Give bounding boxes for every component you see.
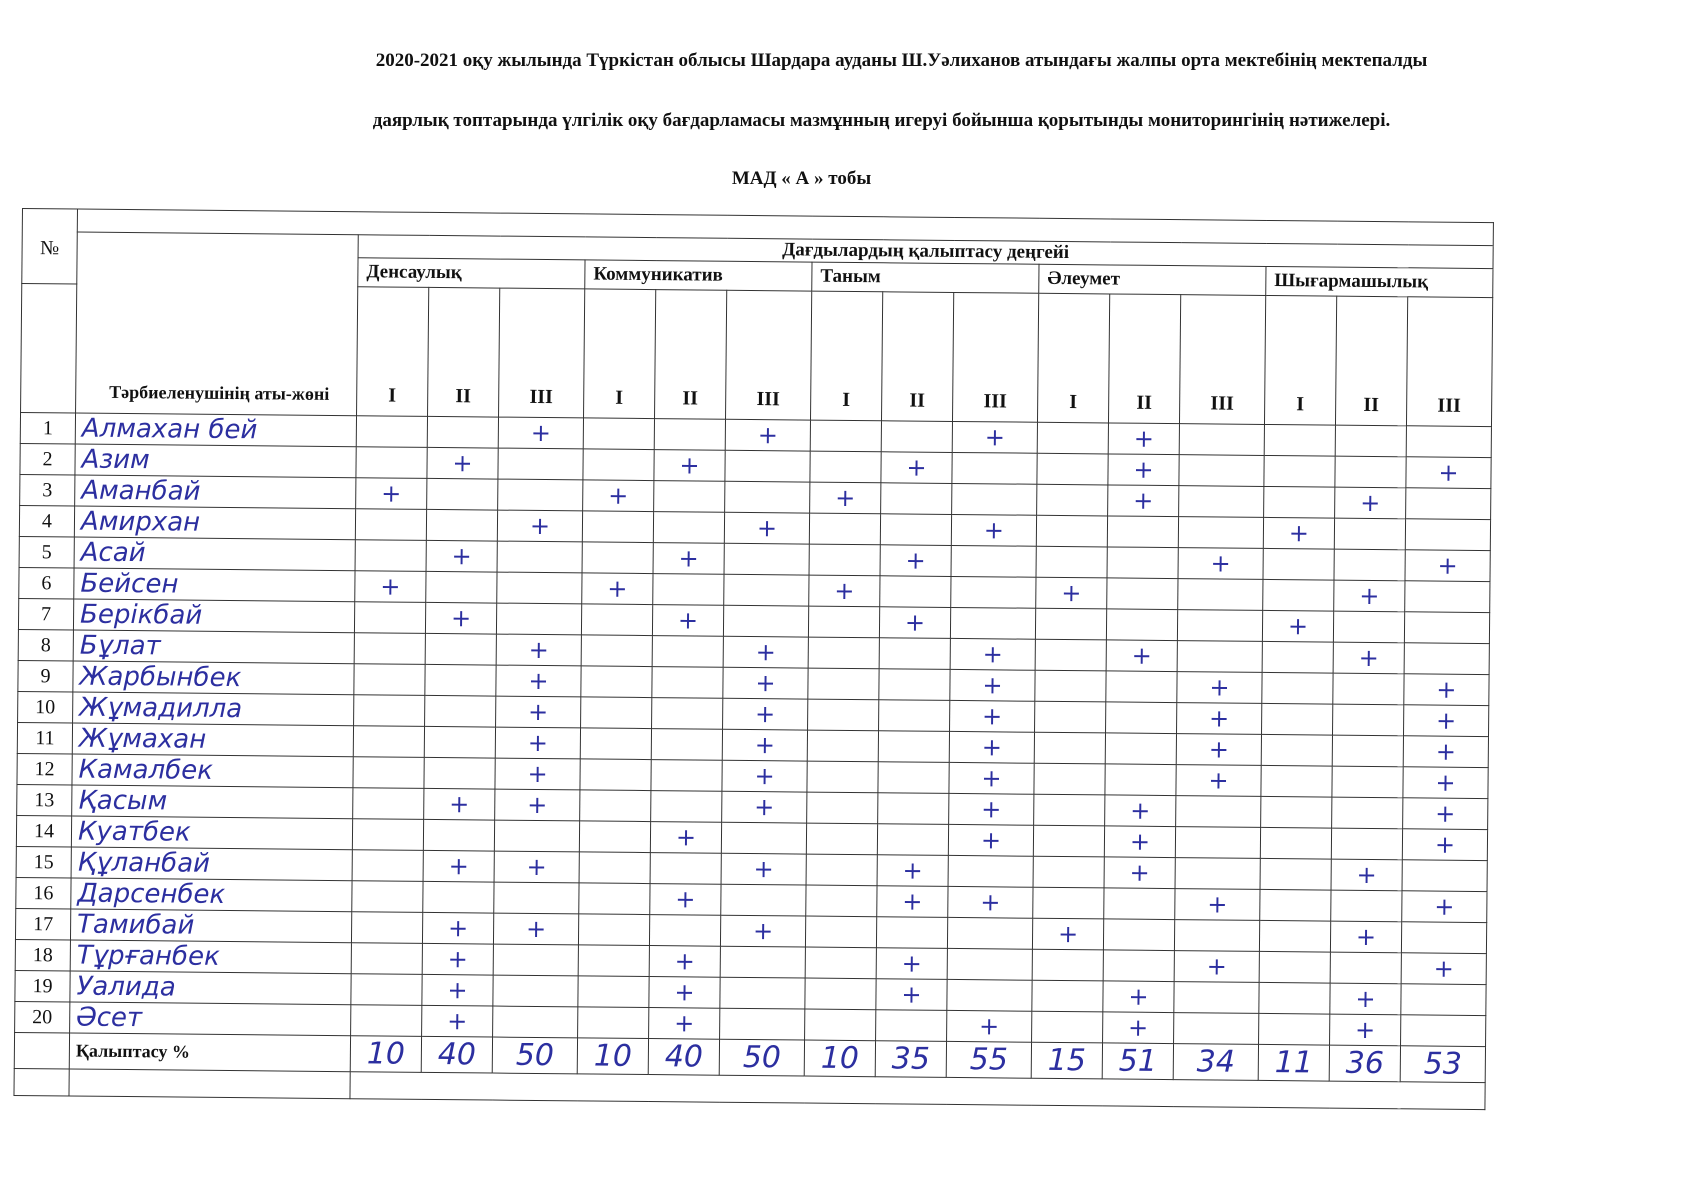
number-column-header: № [22, 209, 78, 285]
mark-cell [1034, 794, 1105, 826]
mark-cell [809, 513, 880, 545]
mark-cell: + [877, 855, 948, 887]
percentage-cell: 55 [946, 1041, 1031, 1078]
student-name: Асай [74, 537, 355, 571]
student-name: Азим [75, 444, 356, 478]
mark-cell: + [582, 573, 653, 605]
mark-cell: + [1401, 953, 1486, 985]
mark-cell [1259, 1013, 1330, 1045]
mark-cell: + [649, 1008, 720, 1040]
mark-cell: + [723, 636, 808, 668]
row-number: 4 [19, 505, 74, 537]
mark-cell [721, 884, 806, 916]
mark-cell [1035, 701, 1106, 733]
mark-cell [1174, 982, 1259, 1014]
mark-cell [1106, 702, 1177, 734]
mark-cell: + [652, 605, 723, 637]
mark-cell [498, 448, 583, 480]
mark-cell [426, 571, 497, 603]
level-header: I [357, 287, 429, 417]
mark-cell [425, 664, 496, 696]
mark-cell [879, 700, 950, 732]
mark-cell [806, 823, 877, 855]
row-number: 18 [15, 939, 70, 971]
mark-cell: + [1108, 454, 1179, 486]
mark-cell [583, 418, 654, 450]
mark-cell [808, 637, 879, 669]
student-name: Тұрғанбек [70, 940, 351, 974]
mark-cell: + [498, 417, 583, 449]
mark-cell [1401, 984, 1486, 1016]
student-name: Тамибай [70, 909, 351, 943]
percentage-cell: 10 [804, 1040, 875, 1077]
mark-cell [355, 540, 426, 572]
row-number: 16 [16, 877, 71, 909]
mark-cell [579, 883, 650, 915]
student-rows: 1Алмахан бей++++2Азим+++++3Аманбай+++++4… [14, 412, 1491, 1109]
mark-cell: + [1263, 517, 1334, 549]
mark-cell [1035, 639, 1106, 671]
mark-cell [1404, 643, 1489, 675]
group-header-2: Коммуникатив [585, 260, 812, 291]
student-name: Куатбек [71, 816, 352, 850]
mark-cell: + [876, 979, 947, 1011]
percentage-cell: 15 [1031, 1042, 1102, 1079]
mark-cell [947, 948, 1032, 980]
row-number: 2 [20, 443, 75, 475]
mark-cell [356, 447, 427, 479]
mark-cell [581, 635, 652, 667]
student-name: Аманбай [75, 475, 356, 509]
mark-cell: + [720, 915, 805, 947]
mark-cell [351, 943, 422, 975]
mark-cell: + [1403, 705, 1488, 737]
mark-cell: + [1175, 889, 1260, 921]
mark-cell [1262, 641, 1333, 673]
group-title: МАД « А » тобы [0, 168, 1643, 190]
mark-cell [423, 819, 494, 851]
mark-cell: + [427, 447, 498, 479]
mark-cell: + [425, 602, 496, 634]
mark-cell: + [422, 943, 493, 975]
mark-cell [581, 697, 652, 729]
mark-cell [1261, 734, 1332, 766]
mark-cell: + [422, 912, 493, 944]
row-number: 14 [16, 815, 71, 847]
mark-cell [1177, 641, 1262, 673]
mark-cell [649, 915, 720, 947]
mark-cell [352, 819, 423, 851]
mark-cell: + [880, 545, 951, 577]
level-header: I [584, 289, 656, 419]
mark-cell: + [1104, 857, 1175, 889]
mark-cell: + [495, 727, 580, 759]
mark-cell [653, 574, 724, 606]
mark-cell [1264, 424, 1335, 456]
mark-cell [808, 668, 879, 700]
mark-cell [1032, 980, 1103, 1012]
percentage-cell: 40 [421, 1036, 492, 1073]
mark-cell [493, 944, 578, 976]
mark-cell [352, 850, 423, 882]
mark-cell [878, 762, 949, 794]
mark-cell [1401, 1015, 1486, 1047]
mark-cell [1332, 797, 1403, 829]
mark-cell [1179, 424, 1264, 456]
mark-cell [952, 452, 1037, 484]
row-number: 9 [18, 660, 73, 692]
percentage-cell: 11 [1258, 1044, 1329, 1081]
percentage-cell: 50 [492, 1037, 577, 1074]
mark-cell [578, 1007, 649, 1039]
mark-cell [354, 695, 425, 727]
mark-cell [580, 759, 651, 791]
mark-cell [1178, 517, 1263, 549]
percentage-cell: 34 [1173, 1044, 1258, 1081]
mark-cell [1176, 796, 1261, 828]
mark-cell [948, 855, 1033, 887]
mark-cell [1260, 858, 1331, 890]
mark-cell: + [496, 696, 581, 728]
level-header: III [1179, 295, 1265, 425]
mark-cell [1105, 733, 1176, 765]
mark-cell: + [1333, 642, 1404, 674]
mark-cell: + [725, 419, 810, 451]
mark-cell [1103, 919, 1174, 951]
percentage-cell: 51 [1102, 1043, 1173, 1080]
group-header-1: Денсаулық [358, 258, 585, 289]
mark-cell: + [810, 482, 881, 514]
mark-cell [1263, 548, 1334, 580]
mark-cell: + [1330, 983, 1401, 1015]
mark-cell [810, 420, 881, 452]
mark-cell: + [722, 729, 807, 761]
mark-cell [878, 793, 949, 825]
mark-cell: + [1108, 485, 1179, 517]
student-name: Берікбай [73, 599, 354, 633]
mark-cell: + [654, 450, 725, 482]
mark-cell [876, 1010, 947, 1042]
mark-cell [581, 604, 652, 636]
mark-cell: + [881, 452, 952, 484]
mark-cell [1334, 518, 1405, 550]
mark-cell: + [948, 824, 1033, 856]
mark-cell [582, 511, 653, 543]
mark-cell [879, 669, 950, 701]
mark-cell [1033, 856, 1104, 888]
mark-cell [1335, 456, 1406, 488]
mark-cell: + [949, 793, 1034, 825]
mark-cell [1177, 610, 1262, 642]
mark-cell [580, 728, 651, 760]
mark-cell [878, 731, 949, 763]
mark-cell: + [950, 700, 1035, 732]
mark-cell [1033, 887, 1104, 919]
mark-cell [805, 916, 876, 948]
mark-cell [720, 977, 805, 1009]
mark-cell: + [1178, 548, 1263, 580]
mark-cell [724, 543, 809, 575]
mark-cell [496, 603, 581, 635]
mark-cell [1178, 579, 1263, 611]
mark-cell [578, 976, 649, 1008]
mark-cell [355, 509, 426, 541]
mark-cell [947, 917, 1032, 949]
row-number: 17 [15, 908, 70, 940]
percentage-cell: 10 [350, 1036, 421, 1073]
mark-cell: + [879, 607, 950, 639]
mark-cell: + [424, 788, 495, 820]
mark-cell [1107, 547, 1178, 579]
mark-cell [1406, 488, 1491, 520]
mark-cell [876, 917, 947, 949]
mark-cell [1106, 671, 1177, 703]
row-number: 5 [19, 536, 74, 568]
mark-cell [1262, 672, 1333, 704]
mark-cell [1036, 546, 1107, 578]
mark-cell [427, 478, 498, 510]
mark-cell: + [1403, 798, 1488, 830]
student-name: Бейсен [74, 568, 355, 602]
mark-cell: + [650, 822, 721, 854]
mark-cell [1264, 455, 1335, 487]
mark-cell: + [426, 540, 497, 572]
mark-cell: + [1331, 859, 1402, 891]
level-header: II [1335, 296, 1407, 426]
percentage-cell: 53 [1400, 1046, 1485, 1083]
mark-cell [493, 1006, 578, 1038]
student-name: Алмахан бей [75, 413, 356, 447]
mark-cell: + [1036, 577, 1107, 609]
mark-cell: + [949, 762, 1034, 794]
mark-cell [1032, 1011, 1103, 1043]
mark-cell [652, 636, 723, 668]
mark-cell: + [583, 480, 654, 512]
mark-cell [1174, 920, 1259, 952]
mark-cell: + [723, 667, 808, 699]
mark-cell: + [809, 575, 880, 607]
mark-cell: + [649, 977, 720, 1009]
mark-cell [1332, 766, 1403, 798]
mark-cell [724, 574, 809, 606]
mark-cell [1263, 579, 1334, 611]
mark-cell: + [495, 789, 580, 821]
mark-cell [810, 451, 881, 483]
mark-cell [1259, 920, 1330, 952]
mark-cell [423, 881, 494, 913]
row-number: 12 [17, 753, 72, 785]
mark-cell [494, 820, 579, 852]
mark-cell [1331, 890, 1402, 922]
mark-cell [947, 979, 1032, 1011]
student-name: Әсет [70, 1002, 351, 1036]
mark-cell [426, 509, 497, 541]
mark-cell [654, 419, 725, 451]
mark-cell [1035, 608, 1106, 640]
mark-cell: + [948, 886, 1033, 918]
mark-cell: + [355, 571, 426, 603]
mark-cell [1034, 763, 1105, 795]
mark-cell: + [423, 850, 494, 882]
mark-cell: + [653, 543, 724, 575]
mark-cell [1406, 426, 1491, 458]
mark-cell: + [1330, 921, 1401, 953]
mark-cell [1174, 1013, 1259, 1045]
mark-cell: + [649, 946, 720, 978]
mark-cell [1261, 765, 1332, 797]
mark-cell [579, 852, 650, 884]
mark-cell: + [1402, 891, 1487, 923]
mark-cell [424, 757, 495, 789]
mark-cell: + [1334, 580, 1405, 612]
mark-cell: + [1404, 674, 1489, 706]
mark-cell [1262, 703, 1333, 735]
row-number: 7 [18, 598, 73, 630]
mark-cell [1260, 889, 1331, 921]
mark-cell [581, 666, 652, 698]
student-name: Амирхан [74, 506, 355, 540]
mark-cell [1261, 796, 1332, 828]
percentage-cell: 50 [719, 1039, 804, 1076]
row-number: 1 [20, 412, 75, 444]
mark-cell [1103, 950, 1174, 982]
mark-cell [582, 542, 653, 574]
mark-cell: + [494, 851, 579, 883]
mark-cell: + [1106, 640, 1177, 672]
mark-cell [651, 729, 722, 761]
mark-cell: + [1330, 1014, 1401, 1046]
mark-cell [650, 853, 721, 885]
mark-cell: + [947, 1010, 1032, 1042]
mark-cell [951, 545, 1036, 577]
mark-cell [579, 821, 650, 853]
mark-cell: + [1405, 550, 1490, 582]
mark-cell: + [422, 974, 493, 1006]
mark-cell: + [1103, 981, 1174, 1013]
mark-cell [1335, 425, 1406, 457]
mark-cell [721, 822, 806, 854]
mark-cell: + [493, 913, 578, 945]
mark-cell [578, 945, 649, 977]
mark-cell: + [1262, 610, 1333, 642]
row-number: 20 [15, 1001, 70, 1033]
mark-cell [808, 606, 879, 638]
student-name: Жұмахан [72, 723, 353, 757]
mark-cell [1107, 516, 1178, 548]
mark-cell: + [952, 421, 1037, 453]
mark-cell [1035, 670, 1106, 702]
mark-cell [1333, 673, 1404, 705]
mark-cell [1405, 519, 1490, 551]
mark-cell [353, 757, 424, 789]
mark-cell [1033, 825, 1104, 857]
student-name: Құланбай [71, 847, 352, 881]
mark-cell [353, 788, 424, 820]
mark-cell [583, 449, 654, 481]
mark-cell [351, 912, 422, 944]
mark-cell [1032, 949, 1103, 981]
row-number: 3 [20, 474, 75, 506]
mark-cell [354, 602, 425, 634]
mark-cell [424, 726, 495, 758]
mark-cell [1333, 704, 1404, 736]
mark-cell: + [496, 634, 581, 666]
group-header-3: Таным [812, 262, 1039, 293]
level-header: III [499, 288, 585, 418]
mark-cell: + [1105, 795, 1176, 827]
mark-cell [805, 978, 876, 1010]
mark-cell: + [1032, 918, 1103, 950]
mark-cell [720, 1008, 805, 1040]
mark-cell [497, 541, 582, 573]
mark-cell [806, 885, 877, 917]
mark-cell [1107, 578, 1178, 610]
mark-cell: + [876, 948, 947, 980]
mark-cell [1334, 549, 1405, 581]
name-column-header: Тәрбиеленушінің аты-жөні [76, 232, 359, 416]
mark-cell: + [722, 791, 807, 823]
mark-cell: + [1406, 457, 1491, 489]
mark-cell [1259, 951, 1330, 983]
mark-cell: + [1403, 736, 1488, 768]
row-number: 15 [16, 846, 71, 878]
mark-cell [880, 576, 951, 608]
mark-cell [356, 416, 427, 448]
mark-cell [951, 576, 1036, 608]
mark-cell: + [1108, 423, 1179, 455]
mark-cell: + [949, 731, 1034, 763]
level-header: I [1037, 293, 1109, 423]
row-number: 19 [15, 970, 70, 1002]
mark-cell [1333, 611, 1404, 643]
mark-cell [1404, 612, 1489, 644]
mark-cell [1037, 453, 1108, 485]
mark-cell [1175, 827, 1260, 859]
mark-cell [1331, 828, 1402, 860]
mark-cell: + [1177, 672, 1262, 704]
mark-cell [654, 481, 725, 513]
mark-cell [881, 421, 952, 453]
mark-cell: + [721, 853, 806, 885]
level-header: II [655, 290, 727, 420]
mark-cell: + [1177, 703, 1262, 735]
level-header: I [811, 291, 883, 421]
mark-cell [1330, 952, 1401, 984]
mark-cell: + [495, 758, 580, 790]
mark-cell [723, 605, 808, 637]
percentage-cell: 36 [1329, 1045, 1400, 1082]
mark-cell [808, 699, 879, 731]
mark-cell [1037, 422, 1108, 454]
mark-cell [427, 416, 498, 448]
percentage-cell: 40 [648, 1039, 719, 1076]
mark-cell: + [1402, 829, 1487, 861]
mark-cell [1264, 486, 1335, 518]
mark-cell [652, 667, 723, 699]
row-number: 10 [18, 691, 73, 723]
mark-cell [425, 633, 496, 665]
mark-cell: + [950, 669, 1035, 701]
mark-cell: + [356, 478, 427, 510]
mark-cell [725, 481, 810, 513]
mark-cell [1175, 858, 1260, 890]
mark-cell [498, 479, 583, 511]
mark-cell: + [1104, 826, 1175, 858]
row-number: 8 [18, 629, 73, 661]
mark-cell [1034, 732, 1105, 764]
mark-cell [950, 607, 1035, 639]
row-number: 11 [17, 722, 72, 754]
